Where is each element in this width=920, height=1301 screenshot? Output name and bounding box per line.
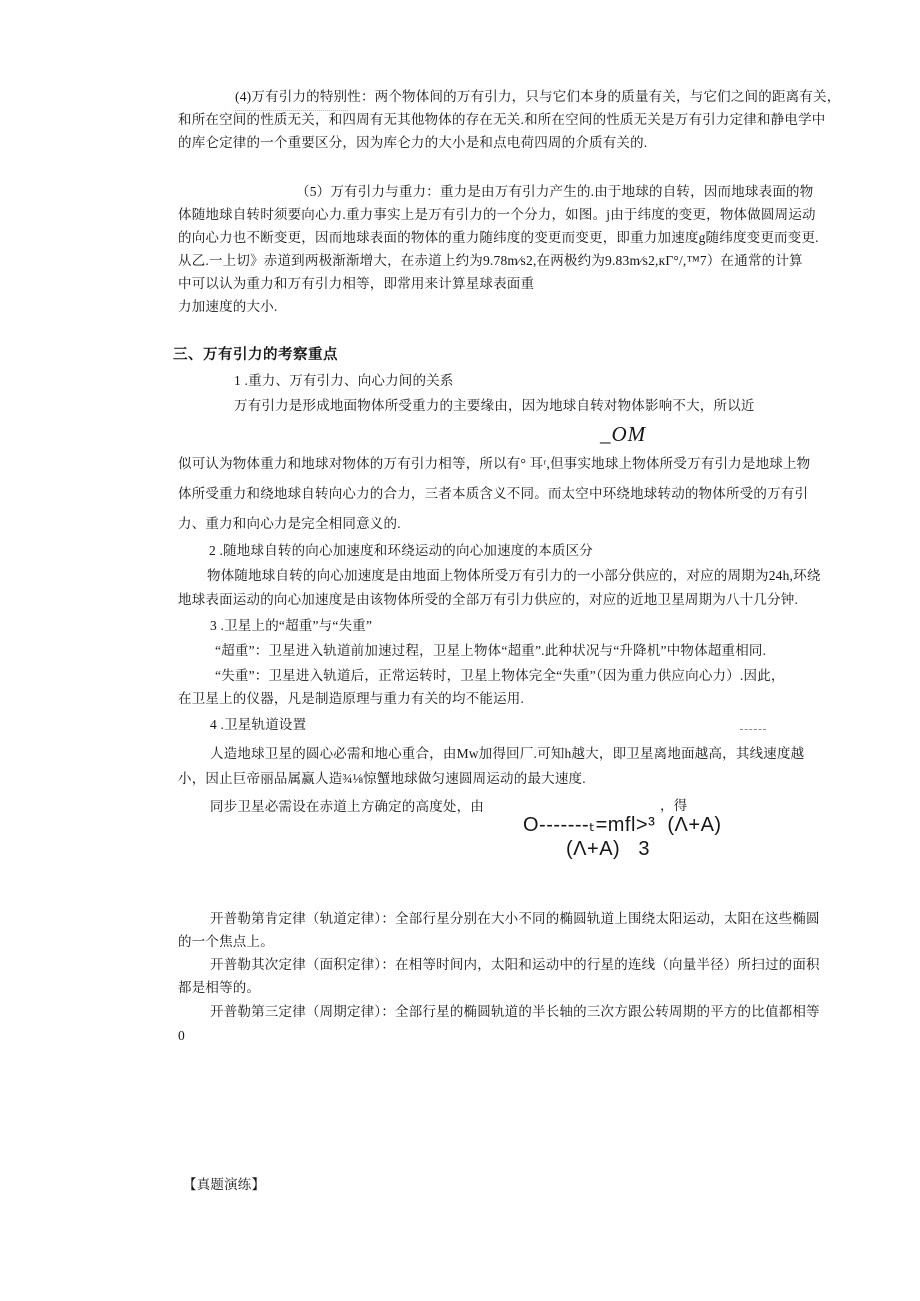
text-line-4: 体随地球自转时须要向心力.重力事实上是万有引力的一个分力，如图。j由于纬度的变更… bbox=[178, 206, 816, 224]
text-line-0: (4)万有引力的特别性：两个物体间的万有引力，只与它们本身的质量有关，与它们之间… bbox=[235, 88, 840, 106]
text-line-1: 和所在空间的性质无关，和四周有无其他物体的存在无关.和所在空间的性质无关是万有引… bbox=[178, 111, 825, 129]
text-line-34: 开普勒第三定律（周期定律）：全部行星的椭圆轨道的半长轴的三次方跟公转周期的平方的… bbox=[210, 1003, 820, 1021]
text-line-10: 1 .重力、万有引力、向心力间的关系 bbox=[234, 372, 454, 390]
text-line-2: 的库仑定律的一个重要区分，因为库仑力的大小是和点电荷四周的介质有关的. bbox=[178, 134, 647, 152]
text-line-5: 的向心力也不断变更，因而地球表面的物体的重力随纬度的变更而变更，即重力加速度g随… bbox=[178, 229, 819, 247]
text-line-8: 力加速度的大小. bbox=[178, 298, 277, 316]
text-line-32: 开普勒其次定律（面积定律）：在相等时间内，太阳和运动中的行星的连线（向量半径）所… bbox=[210, 956, 820, 974]
text-line-35: 0 bbox=[178, 1027, 185, 1045]
text-line-15: 力、重力和向心力是完全相同意义的. bbox=[178, 515, 401, 533]
text-line-17: 物体随地球自转的向心加速度是由地面上物体所受万有引力的一小部分供应的，对应的周期… bbox=[207, 567, 821, 585]
text-line-11: 万有引力是形成地面物体所受重力的主要缘由，因为地球自转对物体影响不大，所以近 bbox=[234, 397, 755, 415]
dashed-underline bbox=[740, 729, 766, 730]
text-line-25: 小，因止巨帝丽品属赢人造¾⅛惊蟹地球做匀速圆周运动的最大速度. bbox=[178, 770, 586, 788]
text-line-30: 开普勒第肯定律（轨道定律）：全部行星分别在大小不同的椭圆轨道上围绕太阳运动，太阳… bbox=[210, 910, 820, 928]
text-line-16: 2 .随地球自转的向心加速度和环绕运动的向心加速度的本质区分 bbox=[209, 542, 593, 560]
text-line-20: “超重”：卫星进入轨道前加速过程，卫星上物体“超重”.此种状况与“升降机”中物体… bbox=[215, 642, 766, 660]
text-line-7: 中可以认为重力和万有引力相等，即常用来计算星球表面重 bbox=[178, 275, 534, 293]
text-line-18: 地球表面运动的向心加速度是由该物体所受的全部万有引力供应的，对应的近地卫星周期为… bbox=[178, 591, 798, 609]
text-line-19: 3 .卫星上的“超重”与“失重” bbox=[210, 617, 372, 635]
text-line-6: 从乙.一上切》赤道到两极渐渐增大，在赤道上约为9.78m∕s2,在两极约为9.8… bbox=[178, 252, 803, 270]
text-line-3: （5）万有引力与重力：重力是由万有引力产生的.由于地球的自转，因而地球表面的物 bbox=[296, 183, 813, 201]
text-line-36: 【真题演练】 bbox=[183, 1176, 265, 1194]
text-line-33: 都是相等的。 bbox=[178, 979, 260, 997]
spellcheck-squiggle bbox=[235, 110, 348, 111]
text-line-31: 的一个焦点上。 bbox=[178, 933, 274, 951]
text-line-26: 同步卫星必需设在赤道上方确定的高度处，由 bbox=[210, 798, 484, 816]
text-line-21: “失重”：卫星进入轨道后，正常运转时，卫星上物体完全“失重”（因为重力供应向心力… bbox=[215, 667, 785, 685]
document-page: (4)万有引力的特别性：两个物体间的万有引力，只与它们本身的质量有关，与它们之间… bbox=[0, 0, 920, 1301]
text-line-24: 人造地球卫星的圆心必需和地心重合，由Mw加得回厂.可知h越大，即卫星离地面越高，… bbox=[210, 745, 804, 763]
text-line-23: 4 .卫星轨道设置 bbox=[210, 716, 306, 734]
text-line-13: 似可认为物体重力和地球对物体的万有引力相等，所以有° 耳ʳ,但事实地球上物体所受… bbox=[178, 455, 810, 473]
text-line-12: _OM bbox=[600, 420, 646, 448]
text-line-28: O-------ₜ=mfl>³ (Λ+A) bbox=[523, 812, 722, 839]
text-line-22: 在卫星上的仪器，凡是制造原理与重力有关的均不能运用. bbox=[178, 690, 524, 708]
text-line-29: (Λ+A) 3 bbox=[566, 836, 650, 863]
text-line-14: 体所受重力和绕地球自转向心力的合力，三者本质含义不同。而太空中环绕地球转动的物体… bbox=[178, 485, 808, 503]
text-line-9: 三、万有引力的考察重点 bbox=[173, 346, 338, 366]
